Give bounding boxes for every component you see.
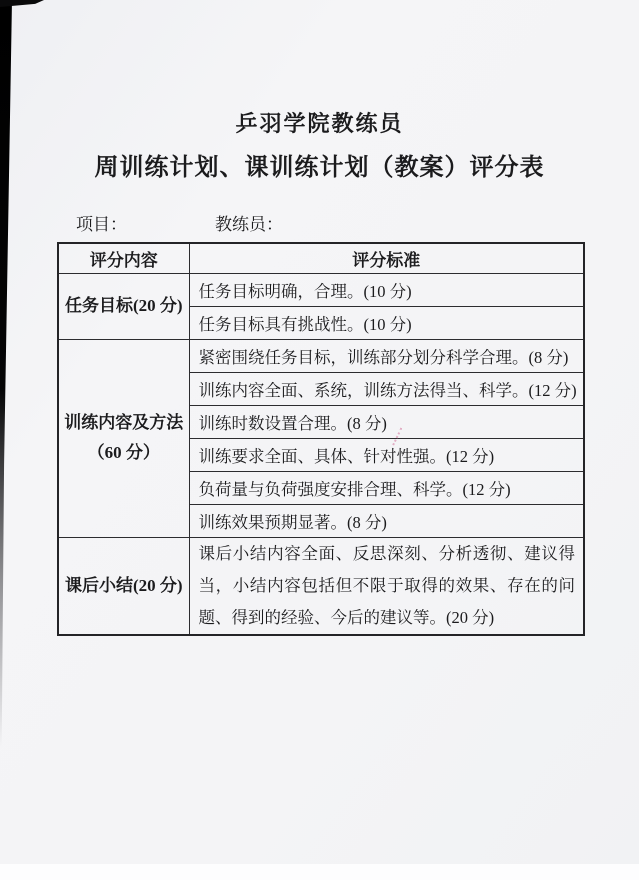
criterion-cell: 紧密围绕任务目标，训练部分划分科学合理。(8 分) xyxy=(189,339,584,372)
score-table: 评分内容 评分标准 任务目标(20 分) 任务目标明确，合理。(10 分) 任务… xyxy=(57,242,585,636)
criterion-cell: 训练要求全面、具体、针对性强。(12 分) xyxy=(189,438,584,471)
page-title-block: 乒羽学院教练员 周训练计划、课训练计划（教案）评分表 xyxy=(0,107,639,182)
header-cell-content: 评分内容 xyxy=(58,243,189,273)
table-row: 训练内容及方法 （60 分） 紧密围绕任务目标，训练部分划分科学合理。(8 分) xyxy=(58,339,584,372)
project-label: 项目： xyxy=(76,215,127,234)
section-label-line1: 训练内容及方法 xyxy=(59,408,189,438)
page-title-line1: 乒羽学院教练员 xyxy=(0,107,639,138)
table-header-row: 评分内容 评分标准 xyxy=(58,243,584,273)
section-label-training-content: 训练内容及方法 （60 分） xyxy=(58,339,189,537)
scanned-page: 乒羽学院教练员 周训练计划、课训练计划（教案）评分表 项目：教练员： 评分内容 … xyxy=(0,0,639,880)
section-label-line2: （60 分） xyxy=(59,438,189,468)
criterion-cell: 任务目标明确，合理。(10 分) xyxy=(189,273,584,306)
criterion-cell: 任务目标具有挑战性。(10 分) xyxy=(189,306,584,339)
criterion-cell: 训练效果预期显著。(8 分) xyxy=(189,504,584,537)
criterion-cell: 课后小结内容全面、反思深刻、分析透彻、建议得当，小结内容包括但不限于取得的效果、… xyxy=(189,537,584,635)
scan-edge-top-shadow xyxy=(0,0,44,7)
section-label-summary: 课后小结(20 分) xyxy=(58,537,189,635)
table-row: 任务目标(20 分) 任务目标明确，合理。(10 分) xyxy=(58,273,584,306)
scan-bottom-band xyxy=(0,864,639,880)
section-label-task-goals: 任务目标(20 分) xyxy=(58,273,189,339)
coach-label: 教练员： xyxy=(215,215,283,234)
header-cell-criteria: 评分标准 xyxy=(189,243,584,273)
table-row: 课后小结(20 分) 课后小结内容全面、反思深刻、分析透彻、建议得当，小结内容包… xyxy=(58,537,584,635)
fields-line: 项目：教练员： xyxy=(76,210,283,235)
criterion-cell: 训练内容全面、系统，训练方法得当、科学。(12 分) xyxy=(189,372,584,405)
criterion-cell: 负荷量与负荷强度安排合理、科学。(12 分) xyxy=(189,471,584,504)
page-title-line2: 周训练计划、课训练计划（教案）评分表 xyxy=(0,147,639,182)
